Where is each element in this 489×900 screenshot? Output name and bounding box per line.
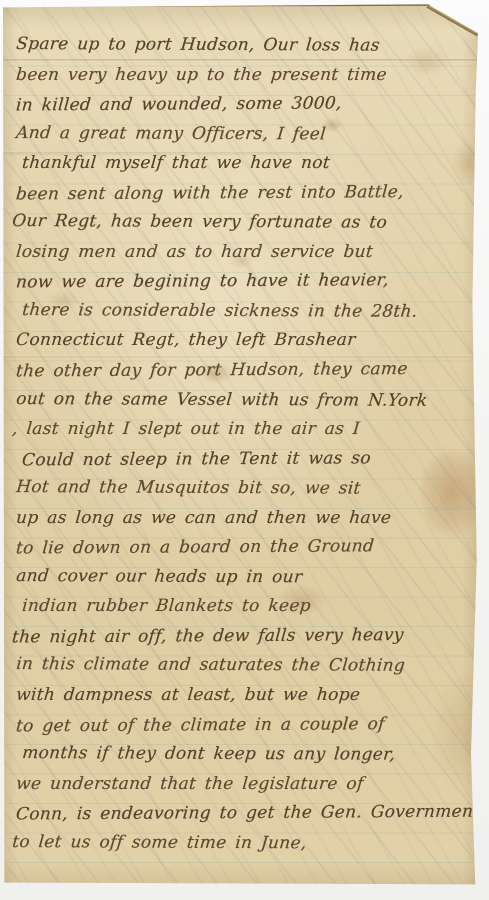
handwriting-line: and cover our heads up in our [15, 562, 477, 594]
handwriting-line: been sent along with the rest into Battl… [15, 177, 477, 209]
handwriting-line: Spare up to port Hudson, Our loss has [15, 30, 477, 62]
handwriting-line: in killed and wounded, some 3000, [15, 89, 477, 121]
handwritten-text: Spare up to port Hudson, Our loss hasbee… [16, 31, 475, 858]
handwriting-line: months if they dont keep us any longer, [21, 739, 477, 771]
handwriting-line: Connecticut Regt, they left Brashear [15, 326, 477, 356]
handwriting-line: there is considerable sickness in the 28… [21, 296, 477, 328]
letter-page: Spare up to port Hudson, Our loss hasbee… [3, 3, 481, 887]
scanned-letter-view: Spare up to port Hudson, Our loss hasbee… [0, 0, 489, 900]
handwriting-line: And a great many Officers, I feel [15, 119, 477, 151]
handwriting-line: Conn, is endeavoring to get the Gen. Gov… [15, 798, 477, 830]
handwriting-line: now we are begining to have it heavier, [15, 266, 477, 298]
handwriting-line: to let us off some time in June, [11, 828, 477, 860]
handwriting-line: been very heavy up to the present time [15, 61, 477, 91]
handwriting-line: Hot and the Musquitos bit so, we sit [15, 473, 477, 505]
handwriting-line: Our Regt, has been very fortunate as to [11, 207, 477, 239]
handwriting-line: thankful myself that we have not [21, 149, 477, 179]
handwriting-line: to lie down on a board on the Ground [15, 532, 477, 564]
handwriting-line: out on the same Vessel with us from N.Yo… [15, 385, 477, 417]
handwriting-line: the night air off, the dew falls very he… [11, 621, 477, 653]
handwriting-line: in this climate and saturates the Clothi… [15, 650, 477, 682]
handwriting-line: to get out of the climate in a couple of [15, 709, 477, 741]
handwriting-line: we understand that the legislature of [15, 770, 477, 800]
handwriting-line: up as long as we can and then we have [15, 504, 477, 534]
handwriting-line: the other day for port Hudson, they came [15, 355, 477, 387]
handwriting-line: Could not sleep in the Tent it was so [21, 443, 477, 475]
handwriting-line: indian rubber Blankets to keep [21, 592, 477, 622]
handwriting-line: , last night I slept out in the air as I [11, 415, 477, 445]
handwriting-line: losing men and as to hard service but [15, 238, 477, 268]
handwriting-line: with dampness at least, but we hope [15, 681, 477, 711]
